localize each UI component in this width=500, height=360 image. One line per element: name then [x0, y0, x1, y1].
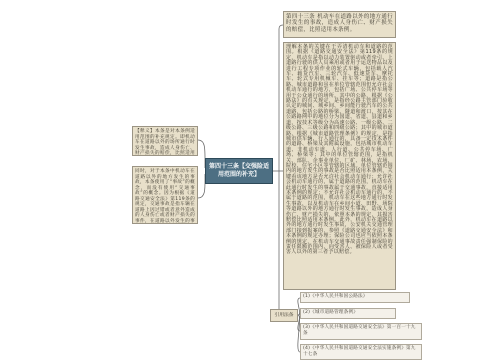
- note-supplement-box: 同时，对于本条中机动车在道路以外的地方发生的事故，本条使用了“事故”的概念，而没…: [132, 166, 198, 224]
- citation-item-2: (2)《城市道路管理条例》: [300, 308, 396, 319]
- citations-node: 引用法条: [270, 309, 298, 322]
- citation-item-1: (1)《中华人民共和国公路法》: [300, 292, 410, 303]
- interpretation-text: 理解本条的关键在于弄清机动车和道路的范围。根据《道路交通安全法》第119条的规定…: [286, 44, 393, 255]
- article-title-label: 第四十三条【交强险适用范围的补充】: [209, 163, 269, 179]
- article-title-node: 第四十三条【交强险适用范围的补充】: [205, 158, 273, 184]
- bracket-note2-to-title: [198, 174, 205, 198]
- citation-item-3-text: (3)《中华人民共和国道路交通安全法》第一百一十九条: [303, 325, 416, 336]
- citation-item-1-text: (1)《中华人民共和国公路法》: [303, 294, 368, 299]
- note-shiyi-box: 【释义】本条是对本条例适用范围的补充规定。即机动车在道路以外的场所通行时发生事故…: [132, 126, 198, 156]
- citation-item-3: (3)《中华人民共和国道路交通安全法》第一百一十九条: [300, 323, 422, 340]
- note-supplement-text: 同时，对于本条中机动车在道路以外的地方发生的事故，本条使用了“事故”的概念，而没…: [135, 169, 195, 224]
- citation-item-4: (4)《中华人民共和国道路交通安全法实施条例》第九十七条: [300, 344, 422, 360]
- statute-text: 第四十三条 机动车在道路以外的地方通行时发生的事故，造成人身伤亡、财产损失的赔偿…: [286, 14, 393, 33]
- statute-text-box: 第四十三条 机动车在道路以外的地方通行时发生的事故，造成人身伤亡、财产损失的赔偿…: [283, 11, 396, 38]
- bracket-note1-to-title: [198, 140, 205, 168]
- note-shiyi-text: 【释义】本条是对本条例适用范围的补充规定。即机动车在道路以外的场所通行时发生事故…: [135, 129, 195, 156]
- citation-item-4-text: (4)《中华人民共和国道路交通安全法实施条例》第九十七条: [303, 346, 416, 357]
- citation-item-2-text: (2)《城市道路管理条例》: [303, 310, 358, 315]
- citations-label: 引用法条: [274, 313, 293, 318]
- mindmap-canvas: 【释义】本条是对本条例适用范围的补充规定。即机动车在道路以外的场所通行时发生事故…: [0, 0, 500, 360]
- interpretation-box: 理解本条的关键在于弄清机动车和道路的范围。根据《道路交通安全法》第119条的规定…: [283, 42, 396, 290]
